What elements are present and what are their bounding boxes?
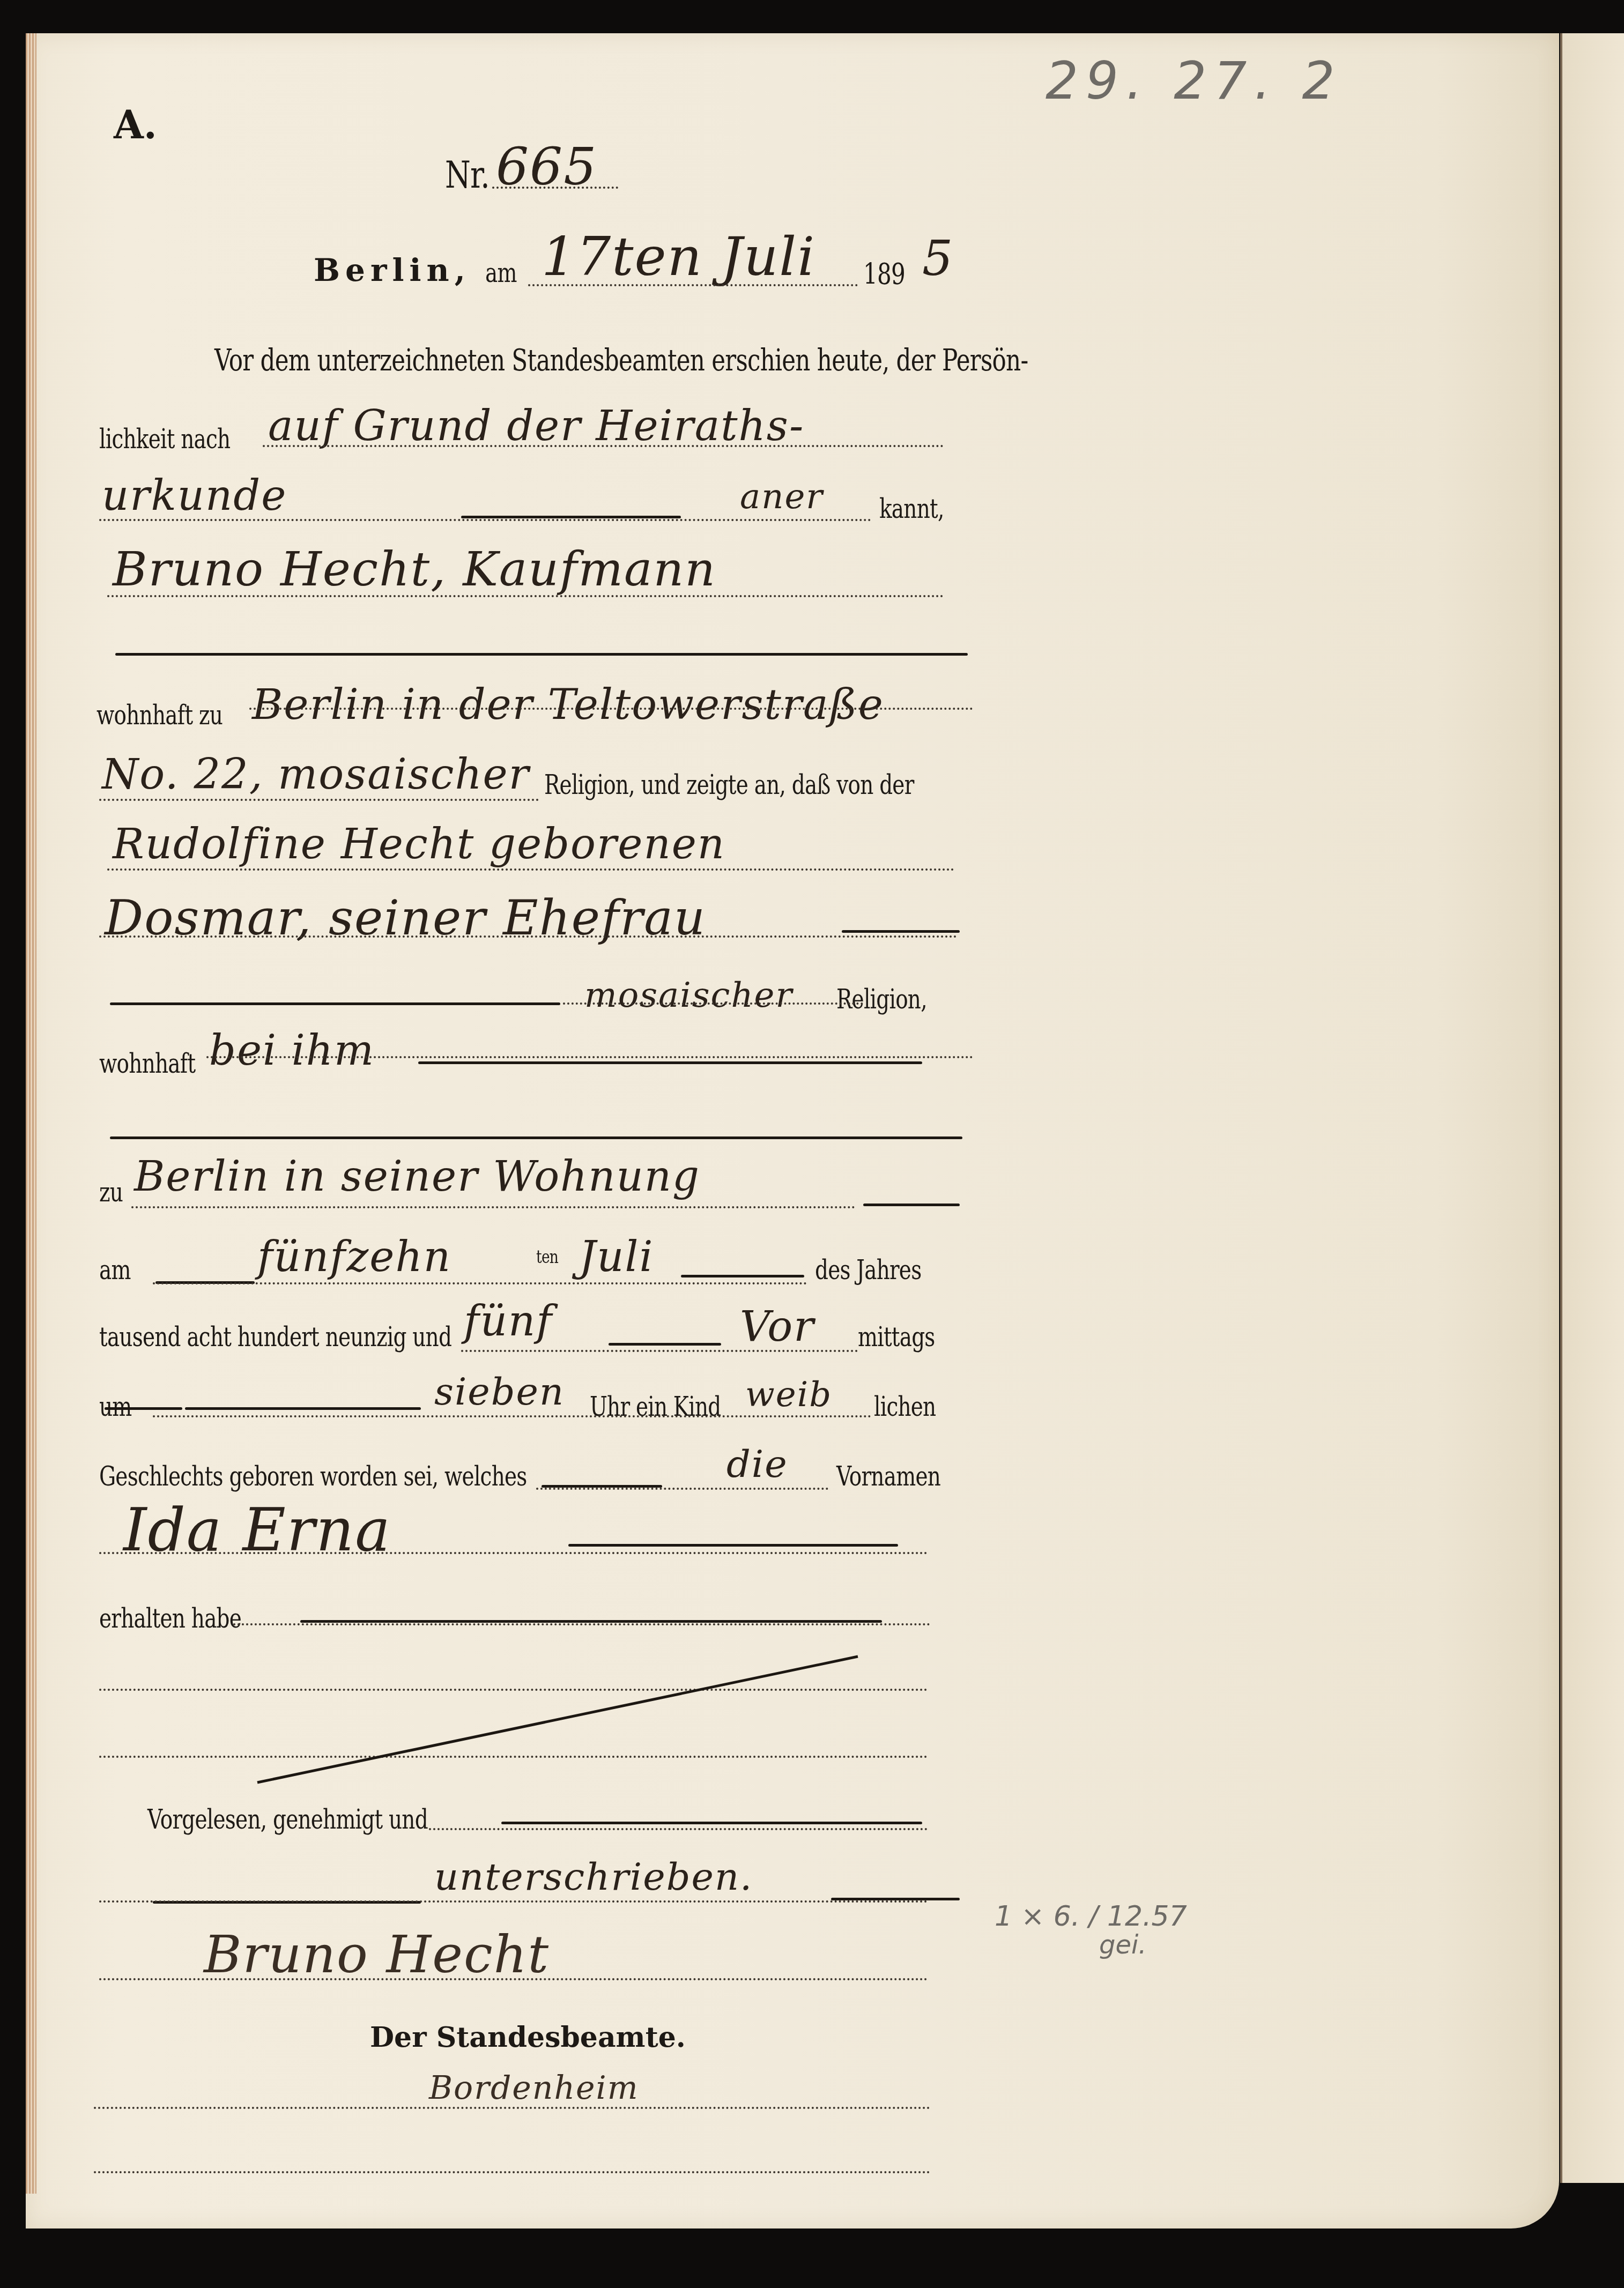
fill-stroke: [418, 1061, 922, 1064]
registrar-heading: Der Standesbeamte.: [370, 2021, 686, 2054]
line: [153, 1282, 807, 1284]
fill-stroke: [609, 1343, 721, 1346]
religion-clause: Religion, und zeigte an, daß von der: [544, 769, 914, 800]
year-digit: 5: [922, 231, 954, 287]
birth-month: Juli: [579, 1233, 654, 1281]
cancel-diagonal-stroke: [252, 1651, 869, 1791]
label-geschlechts: Geschlechts geboren worden sei, welches: [99, 1461, 527, 1492]
anerkannt: aner: [740, 477, 824, 517]
label-lichkeit: lichkeit nach: [99, 424, 230, 455]
year-words: tausend acht hundert neunzig und: [99, 1321, 451, 1353]
identity-basis-1: auf Grund der Heiraths-: [268, 402, 804, 450]
label-am: am: [99, 1254, 131, 1286]
place-label: Berlin,: [314, 252, 471, 288]
fill-stroke: [461, 516, 681, 518]
line: [99, 935, 957, 938]
registrar-signature: Bordenheim: [429, 2069, 639, 2107]
line: [536, 1488, 828, 1490]
fill-stroke: [110, 1136, 962, 1139]
fill-stroke: [501, 1822, 922, 1824]
fill-stroke: [110, 1002, 560, 1005]
line: [429, 1828, 928, 1830]
label-vornamen: Vornamen: [836, 1461, 940, 1492]
line: [153, 1415, 871, 1417]
vor-mittags: Vor: [740, 1303, 814, 1351]
line: [131, 1206, 855, 1208]
article-die: die: [726, 1442, 788, 1486]
registration-date: 17ten Juli: [542, 225, 815, 288]
line: [94, 2107, 930, 2109]
page-stack-edge: [26, 33, 36, 2194]
unterschrieben: unterschrieben.: [434, 1855, 753, 1899]
informant-signature: Bruno Hecht: [204, 1925, 550, 1985]
label-wohnhaft: wohnhaft: [99, 1048, 195, 1079]
line: [206, 1056, 973, 1058]
number-label: Nr.: [445, 153, 490, 197]
fill-stroke: [300, 1620, 882, 1623]
child-sex: weib: [745, 1375, 832, 1415]
residence-1: Berlin in der Teltowerstraße: [252, 681, 884, 729]
residence-2: No. 22, mosaischer: [102, 751, 530, 799]
label-zu: zu: [99, 1177, 123, 1208]
label-wohnhaft-zu: wohnhaft zu: [97, 700, 223, 731]
line: [563, 1002, 863, 1005]
adjacent-page-edge: [1560, 33, 1624, 2183]
margin-note-line1: 1 × 6. / 12.57: [995, 1900, 1187, 1933]
line: [263, 445, 944, 447]
birth-place: Berlin in seiner Wohnung: [134, 1153, 700, 1201]
birth-day: fünfzehn: [257, 1233, 451, 1281]
line: [233, 1623, 930, 1625]
line: [99, 1900, 928, 1903]
label-des-jahres: des Jahres: [815, 1254, 921, 1286]
line: [249, 708, 973, 710]
fill-stroke: [185, 1407, 421, 1410]
form-letter: A.: [114, 102, 157, 147]
number-line: [492, 187, 618, 189]
fill-stroke: [681, 1275, 804, 1277]
line: [99, 1978, 928, 1980]
label-um: um: [99, 1391, 132, 1422]
pencil-reference: 29. 27. 2: [1045, 51, 1342, 111]
fill-stroke: [105, 1407, 182, 1410]
intro-line: Vor dem unterzeichneten Standesbeamten e…: [214, 343, 1028, 378]
label-erhalten-habe: erhalten habe: [99, 1603, 241, 1634]
fill-stroke: [568, 1544, 898, 1547]
line: [107, 595, 944, 597]
date-prefix: am: [485, 257, 517, 288]
mother-name-2: Dosmar, seiner Ehefrau: [105, 890, 706, 946]
label-uhr-ein-kind: Uhr ein Kind: [590, 1391, 721, 1422]
line: [99, 1552, 928, 1554]
mother-name-1: Rudolfine Hecht geborenen: [113, 820, 725, 868]
line: [107, 868, 954, 871]
label-vorgelesen: Vorgelesen, genehmigt und: [147, 1804, 428, 1835]
informant-name: Bruno Hecht, Kaufmann: [113, 541, 716, 597]
margin-note-line2: gei.: [1099, 1930, 1147, 1960]
mother-residence: bei ihm: [209, 1027, 375, 1075]
label-lichen: lichen: [874, 1391, 936, 1422]
fill-stroke: [842, 930, 960, 933]
line: [99, 799, 539, 801]
fill-stroke: [115, 653, 968, 656]
line: [461, 1350, 858, 1352]
fill-stroke: [863, 1204, 960, 1206]
line: [99, 519, 871, 521]
label-mittags: mittags: [858, 1321, 935, 1353]
identity-basis-2: urkunde: [102, 472, 287, 520]
label-ten: ten: [536, 1246, 558, 1268]
birth-hour: sieben: [434, 1370, 565, 1414]
label-religion: Religion,: [836, 984, 927, 1015]
year-printed: 189: [863, 257, 905, 291]
birth-year-word: fünf: [464, 1297, 553, 1346]
line: [94, 2171, 930, 2173]
label-kannt: kannt,: [879, 493, 944, 524]
mother-religion: mosaischer: [584, 976, 793, 1015]
date-line: [528, 284, 858, 286]
